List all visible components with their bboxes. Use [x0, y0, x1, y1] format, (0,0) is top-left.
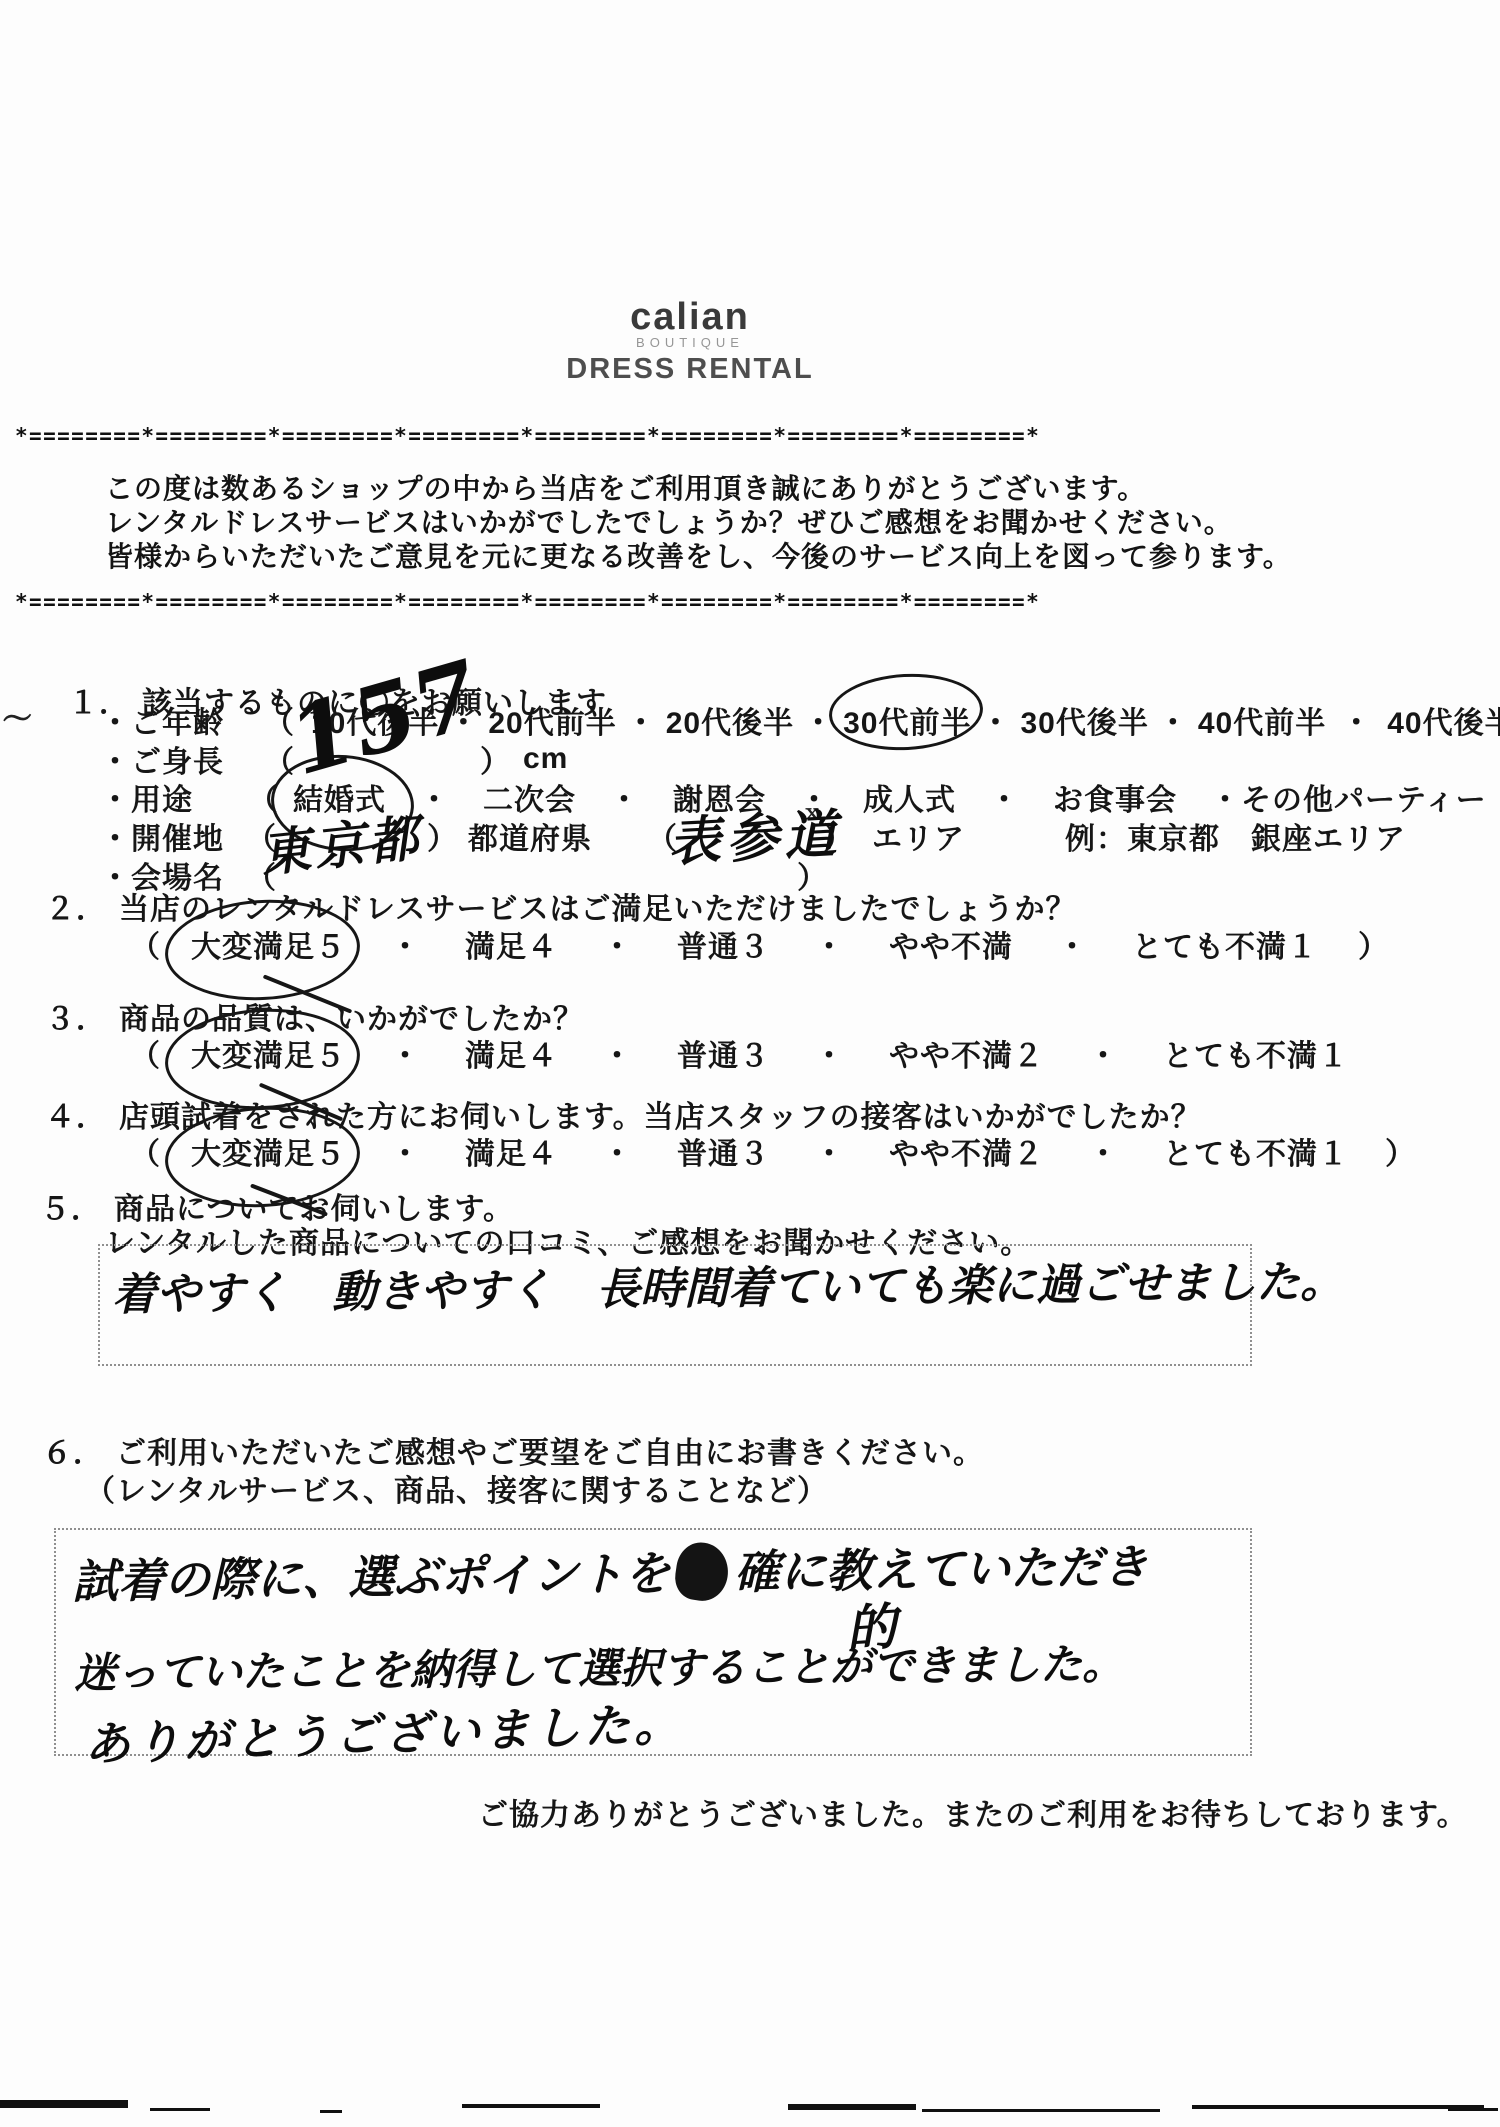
option-dot: ・	[814, 922, 845, 966]
option-dot: ・	[1057, 922, 1088, 966]
scan-artifact	[150, 2108, 210, 2111]
q4-options-row: （ 大変満足５ ・ 満足４ ・ 普通３ ・ やや不満２ ・ とても不満１ ）	[130, 1129, 1416, 1173]
open-paren: （	[130, 1031, 161, 1075]
handwritten-area: 表参道	[666, 791, 844, 875]
q1-age-label: ・ご年齢	[100, 698, 224, 742]
intro-line-3: 皆様からいただいたご意見を元に更なる改善をし、今後のサービス向上を図って参ります…	[105, 540, 1292, 574]
brand-logo: calian	[480, 296, 900, 339]
close-paren: ）	[427, 814, 458, 858]
q3-number: ３．	[45, 994, 107, 1038]
q2-options-row: （ 大変満足５ ・ 満足４ ・ 普通３ ・ やや不満 ・ とても不満１ ）	[130, 922, 1389, 966]
option-dot: ・	[1341, 698, 1372, 742]
divider-bottom: *========*========*========*========*===…	[15, 590, 1040, 614]
handwritten-q6-line1b: 確に教えていただき	[734, 1539, 1149, 1599]
q1-purpose-option: 成人式	[863, 775, 956, 819]
q4-number: ４．	[45, 1092, 107, 1136]
intro-paragraph: この度は数あるショップの中から当店をご利用頂き誠にありがとうございます。 レンタ…	[105, 472, 1292, 574]
q1-purpose-label: ・用途	[100, 775, 193, 819]
option-dot: ・	[989, 775, 1020, 819]
option-dot: ・	[981, 698, 1012, 742]
q1-purpose-option: その他パーティー	[1241, 775, 1487, 819]
q1-age-option: 40代後半	[1387, 698, 1500, 742]
q1-location-example: 例：東京都 銀座エリア	[1065, 814, 1406, 858]
scan-artifact	[0, 2100, 128, 2108]
option-dot: ・	[390, 1129, 421, 1173]
q1-height-unit: cm	[523, 742, 568, 776]
divider-top: *========*========*========*========*===…	[15, 424, 1040, 448]
option-dot: ・	[602, 1031, 633, 1075]
q1-age-option: 30代後半	[1021, 698, 1149, 742]
q5-number: ５．	[40, 1184, 102, 1228]
q6-subtitle: （レンタルサービス、商品、接客に関することなど）	[85, 1466, 828, 1510]
scan-artifact	[922, 2109, 1160, 2112]
close-paren: ）	[1385, 1129, 1416, 1173]
open-paren: （	[130, 1129, 161, 1173]
q2-option: やや不満	[889, 922, 1013, 966]
scan-artifact	[1192, 2105, 1484, 2109]
q2-option: 満足４	[465, 922, 558, 966]
q2-number: ２．	[45, 884, 107, 928]
q4-option-selected: 大変満足５	[191, 1129, 346, 1173]
brand-header: calian BOUTIQUE DRESS RENTAL	[480, 296, 900, 386]
scribbled-out-character	[672, 1539, 732, 1604]
option-dot: ・	[602, 922, 633, 966]
scan-artifact	[320, 2110, 342, 2113]
q2-option: とても不満１	[1132, 922, 1318, 966]
intro-line-1: この度は数あるショップの中から当店をご利用頂き誠にありがとうございます。	[105, 472, 1292, 506]
footer-thanks-text: ご協力ありがとうございました。またのご利用をお待ちしております。	[478, 1790, 1468, 1834]
scanned-feedback-form: calian BOUTIQUE DRESS RENTAL *========*=…	[0, 0, 1500, 2127]
q3-option: とても不満１	[1163, 1031, 1349, 1075]
option-dot: ・	[390, 922, 421, 966]
option-dot: ・	[814, 1031, 845, 1075]
margin-tilde-mark: 〜	[0, 693, 34, 740]
q3-option: 普通３	[677, 1031, 770, 1075]
open-paren: （	[130, 922, 161, 966]
brand-caption: DRESS RENTAL	[480, 353, 900, 386]
q3-option: やや不満２	[889, 1031, 1044, 1075]
q1-age-option: 20代前半	[488, 698, 616, 742]
handwritten-q5-answer: 着やすく 動きやすく 長時間着ていても楽に過ごせました。	[112, 1246, 1345, 1323]
q1-age-option: 20代後半	[666, 698, 794, 742]
option-dot: ・	[602, 1129, 633, 1173]
q4-option: 普通３	[677, 1129, 770, 1173]
option-dot: ・	[1088, 1031, 1119, 1075]
handwritten-q6-line1a: 試着の際に、選ぶポイントを	[72, 1546, 671, 1608]
q2-option-selected: 大変満足５	[191, 922, 346, 966]
close-paren: ）	[1358, 922, 1389, 966]
scan-artifact	[462, 2104, 600, 2108]
q4-option: 満足４	[465, 1129, 558, 1173]
option-dot: ・	[626, 698, 657, 742]
q1-purpose-option: お食事会	[1053, 775, 1177, 819]
option-dot: ・	[419, 775, 450, 819]
option-dot: ・	[803, 698, 834, 742]
q1-location-suffix-prefecture: 都道府県	[468, 814, 592, 858]
q2-option: 普通３	[677, 922, 770, 966]
q4-option: やや不満２	[889, 1129, 1044, 1173]
option-dot: ・	[1210, 775, 1241, 819]
option-dot: ・	[1158, 698, 1189, 742]
q1-age-option-selected: 30代前半	[843, 698, 971, 742]
scan-artifact	[1448, 2108, 1498, 2111]
option-dot: ・	[1088, 1129, 1119, 1173]
q1-location-label: ・開催地	[100, 814, 224, 858]
q1-age-option: 40代前半	[1198, 698, 1326, 742]
brand-logo-subtitle: BOUTIQUE	[480, 335, 900, 350]
intro-line-2: レンタルドレスサービスはいかがでしたでしょうか？ぜひご感想をお聞かせください。	[105, 506, 1292, 540]
scan-artifact	[788, 2104, 916, 2110]
q3-options-row: （ 大変満足５ ・ 満足４ ・ 普通３ ・ やや不満２ ・ とても不満１	[130, 1031, 1349, 1075]
option-dot: ・	[814, 1129, 845, 1173]
q1-purpose-option: 二次会	[483, 775, 576, 819]
q3-option: 満足４	[465, 1031, 558, 1075]
q3-option-selected: 大変満足５	[191, 1031, 346, 1075]
q4-option: とても不満１	[1163, 1129, 1349, 1173]
q1-location-suffix-area: エリア	[872, 814, 965, 858]
option-dot: ・	[390, 1031, 421, 1075]
option-dot: ・	[609, 775, 640, 819]
